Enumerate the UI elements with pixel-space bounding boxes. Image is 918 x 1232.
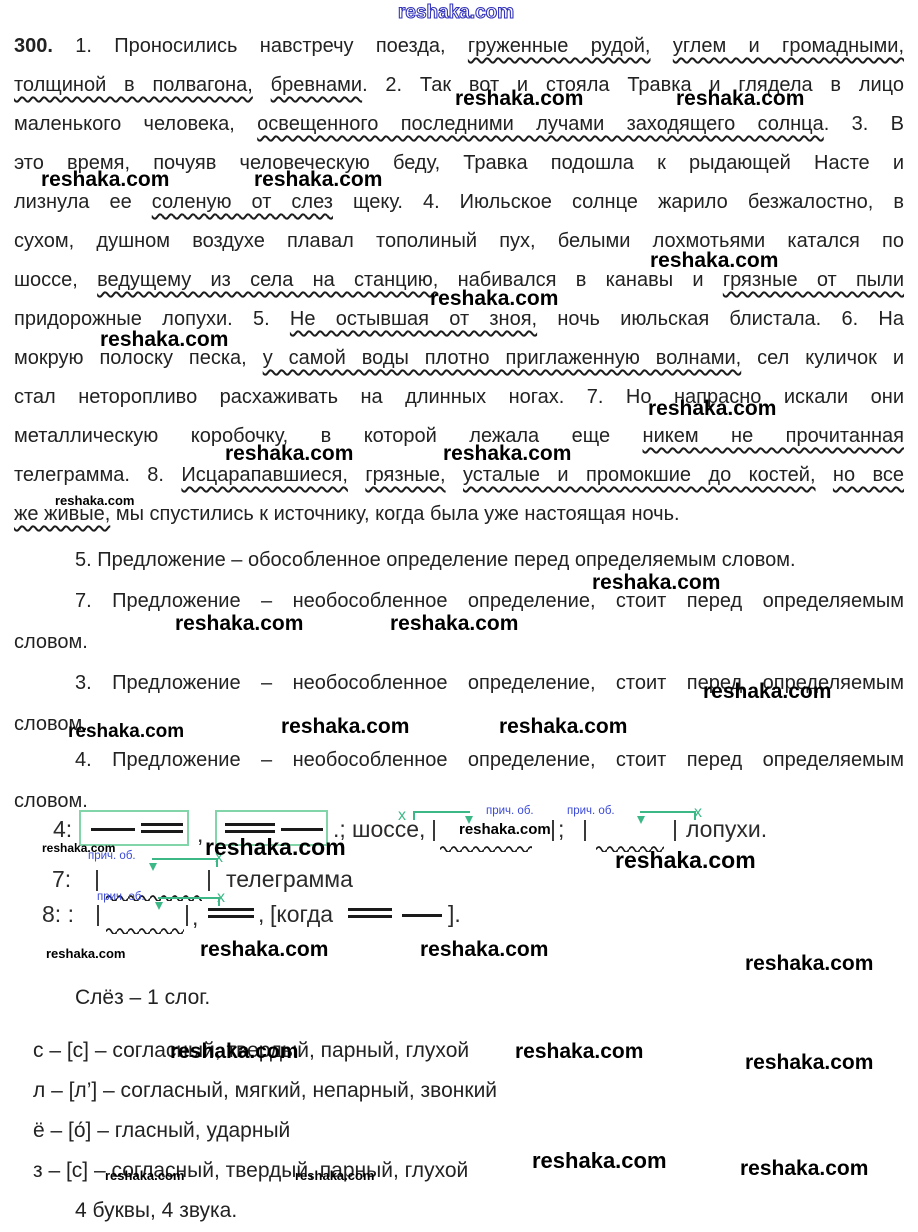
wavy-underlined-phrase: бревнами <box>271 74 362 96</box>
watermark: reshaka.com <box>650 250 778 271</box>
wavy-underlined-phrase: Не остывшая от зноя, <box>290 308 537 330</box>
watermark: reshaka.com <box>41 169 169 190</box>
phrase-bar <box>674 820 676 841</box>
scheme4-number: 4: <box>53 817 72 841</box>
wavy-underlined-phrase: Исцарапавшиеся, <box>181 464 348 486</box>
scheme7-word-telegram: телеграмма <box>226 867 353 891</box>
participial-label: прич. об. <box>567 805 615 817</box>
text-segment <box>446 464 463 486</box>
wavy-underlined-phrase: грязные от пыли <box>723 269 904 291</box>
text-segment: 7. Предложение – необособленное определе… <box>75 590 904 612</box>
phrase-bar <box>433 820 435 841</box>
watermark: reshaka.com <box>281 716 409 737</box>
watermark: reshaka.com <box>740 1158 868 1179</box>
text-segment: . 2. Так вот и стояла Травка и глядела в… <box>362 74 904 96</box>
text-segment <box>650 35 672 57</box>
phrase-bar <box>552 820 554 841</box>
text-segment: сел куличок и <box>741 347 904 369</box>
text-segment: 300. <box>14 35 53 57</box>
wavy-underlined-phrase: но все <box>833 464 904 486</box>
watermark: reshaka.com <box>105 1169 185 1182</box>
head-word-x-mark: х <box>398 808 406 824</box>
wavy-underlined-phrase: груженные рудой, <box>468 35 651 57</box>
phonetic-row-yo: ё – [о́] – гласный, ударный <box>33 1118 290 1144</box>
watermark: reshaka.com <box>515 1041 643 1062</box>
wavy-underlined-phrase: ведущему из села на станцию, <box>97 269 438 291</box>
text-segment: телеграмма. 8. <box>14 464 181 486</box>
watermark: reshaka.com <box>46 947 126 960</box>
phrase-bar <box>584 820 586 841</box>
text-line: 300. 1. Проносились навстречу поезда, гр… <box>14 33 904 59</box>
watermark: reshaka.com <box>443 443 571 464</box>
predicate-line <box>225 823 275 833</box>
text-line: 4. Предложение – необособленное определе… <box>14 747 904 773</box>
scheme8-open-clause: [когда <box>270 902 333 926</box>
text-segment: . 3. В <box>824 113 904 135</box>
text-line: лизнула ее соленую от слез щеку. 4. Июль… <box>14 189 904 215</box>
watermark: reshaka.com <box>703 681 831 702</box>
watermark: reshaka.com <box>225 443 353 464</box>
text-segment: мы спустились к источнику, когда была уж… <box>110 503 679 525</box>
watermark: reshaka.com <box>499 716 627 737</box>
scheme4-comma: , <box>197 822 203 846</box>
watermark: reshaka.com <box>68 722 184 741</box>
phonetic-title: Слёз – 1 слог. <box>75 985 210 1011</box>
text-segment: 5. Предложение – обособленное определени… <box>75 549 796 571</box>
watermark: reshaka.com <box>430 288 558 309</box>
watermark: reshaka.com <box>100 329 228 350</box>
text-segment: словом. <box>14 790 88 812</box>
text-segment: ночь июльская блистала. 6. На <box>537 308 904 330</box>
watermark: reshaka.com <box>200 939 328 960</box>
watermark: reshaka.com <box>170 1041 298 1062</box>
watermark: reshaka.com <box>390 613 518 634</box>
watermark: reshaka.com <box>455 88 583 109</box>
head-word-x-mark: х <box>217 890 225 906</box>
scheme4-semicolon: ; <box>558 817 564 841</box>
participial-arrow <box>640 811 696 823</box>
subject-line <box>91 828 135 831</box>
text-line: 5. Предложение – обособленное определени… <box>14 547 904 573</box>
wavy-underline <box>440 844 532 852</box>
wavy-underlined-phrase: никем не прочитанная <box>643 425 904 447</box>
phrase-bar <box>208 870 210 891</box>
phonetic-summary: 4 буквы, 4 звука. <box>75 1198 237 1224</box>
text-segment: придорожные лопухи. 5. <box>14 308 290 330</box>
wavy-underlined-phrase: усталые и промокшие до костей, <box>463 464 816 486</box>
phonetic-row-l: л – [л’] – согласный, мягкий, непарный, … <box>33 1078 497 1104</box>
watermark: reshaka.com <box>175 613 303 634</box>
text-line: телеграмма. 8. Исцарапавшиеся, грязные, … <box>14 462 904 488</box>
subject-line <box>281 828 323 831</box>
watermark: reshaka.com <box>295 1169 375 1182</box>
subject-line <box>402 914 442 917</box>
scheme7-number: 7: <box>52 867 71 891</box>
phrase-bar <box>97 905 99 926</box>
watermark: reshaka.com <box>42 842 115 854</box>
wavy-underlined-phrase: грязные, <box>365 464 445 486</box>
text-segment <box>348 464 365 486</box>
scheme8-comma: , <box>258 902 264 926</box>
wavy-underlined-phrase: толщиной в полвагона, <box>14 74 253 96</box>
watermark: reshaka.com <box>615 849 756 872</box>
page: { "page": { "watermark_text": "reshaka.c… <box>0 0 918 1232</box>
text-line: 7. Предложение – необособленное определе… <box>14 588 904 614</box>
watermark: reshaka.com <box>459 822 551 837</box>
watermark: reshaka.com <box>648 398 776 419</box>
wavy-underlined-phrase: освещенного последними лучами заходящего… <box>257 113 824 135</box>
text-segment: 4. Предложение – необособленное определе… <box>75 749 904 771</box>
wavy-underlined-phrase: у самой воды плотно приглаженную волнами… <box>263 347 742 369</box>
scheme8-close-clause: ]. <box>448 902 461 926</box>
predicate-line <box>208 908 254 918</box>
watermark: reshaka.com <box>398 3 514 22</box>
watermark: reshaka.com <box>676 88 804 109</box>
watermark: reshaka.com <box>745 1052 873 1073</box>
participial-label: прич. об. <box>486 805 534 817</box>
text-segment: 1. Проносились навстречу поезда, <box>53 35 468 57</box>
text-segment <box>253 74 271 96</box>
text-segment: маленького человека, <box>14 113 257 135</box>
text-line: же живые, мы спустились к источнику, ког… <box>14 501 904 527</box>
phonetic-row-z: з – [с] – согласный, твердый, парный, гл… <box>33 1158 468 1184</box>
predicate-line <box>348 908 392 918</box>
watermark: reshaka.com <box>254 169 382 190</box>
watermark: reshaka.com <box>592 572 720 593</box>
text-segment: шоссе, <box>14 269 97 291</box>
phrase-bar <box>96 870 98 891</box>
text-line: маленького человека, освещенного последн… <box>14 111 904 137</box>
text-segment: щеку. 4. Июльское солнце жарило безжалос… <box>333 191 904 213</box>
watermark: reshaka.com <box>205 836 346 859</box>
text-segment: словом. <box>14 631 88 653</box>
wavy-underline <box>106 926 184 934</box>
participial-label: прич. об. <box>97 891 145 903</box>
wavy-underlined-phrase: соленую от слез <box>152 191 333 213</box>
head-word-x-mark: х <box>694 805 702 821</box>
wavy-underlined-phrase: углем и громадными, <box>673 35 904 57</box>
participial-arrow <box>158 897 220 909</box>
watermark: reshaka.com <box>55 494 135 507</box>
predicate-line <box>141 823 183 833</box>
text-segment <box>816 464 833 486</box>
watermark: reshaka.com <box>745 953 873 974</box>
watermark: reshaka.com <box>420 939 548 960</box>
text-segment: лизнула ее <box>14 191 152 213</box>
watermark: reshaka.com <box>532 1150 667 1172</box>
scheme8-number: 8: : <box>42 902 74 926</box>
